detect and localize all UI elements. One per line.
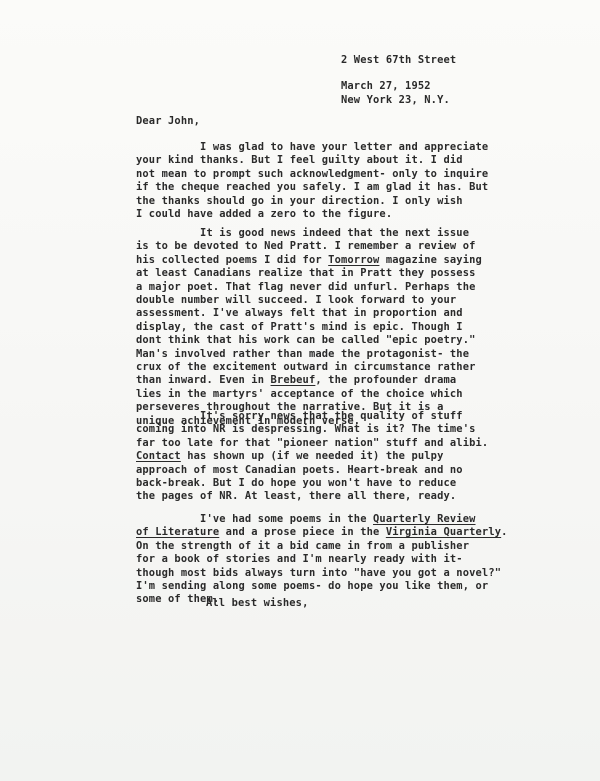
underlined-title: Tomorrow [328,254,379,266]
letter-page: 2 West 67th Street New York 23, N.Y. Mar… [0,0,600,781]
text-line: dont think that his work can be called "… [136,334,482,347]
text-line: Contact has shown up (if we needed it) t… [136,450,488,463]
text-line: lies in the martyrs' acceptance of the c… [136,388,482,401]
text-line: assessment. I've always felt that in pro… [136,307,482,320]
paragraph-3: It's sorry news that the quality of stuf… [136,410,488,504]
text-line: I've had some poems in the Quarterly Rev… [136,513,508,526]
address-line-2: New York 23, N.Y. [341,94,456,107]
text-line: I'm sending along some poems- do hope yo… [136,580,508,593]
text-line: is to be devoted to Ned Pratt. I remembe… [136,240,482,253]
text-line: than inward. Even in Brebeuf, the profou… [136,374,482,387]
text-line: a major poet. That flag never did unfurl… [136,281,482,294]
text-line: of Literature and a prose piece in the V… [136,526,508,539]
text-line: not mean to prompt such acknowledgment- … [136,168,488,181]
salutation: Dear John, [136,115,200,128]
text-line: Man's involved rather than made the prot… [136,348,482,361]
text-line: I was glad to have your letter and appre… [136,141,488,154]
text-line: approach of most Canadian poets. Heart-b… [136,464,488,477]
text-line: It's sorry news that the quality of stuf… [136,410,488,423]
text-line: the pages of NR. At least, there all the… [136,490,488,503]
paragraph-2: It is good news indeed that the next iss… [136,227,482,428]
text-line: the thanks should go in your direction. … [136,195,488,208]
underlined-title: Quarterly Review [373,513,476,525]
underlined-title: Brebeuf [271,374,316,386]
address-line-1: 2 West 67th Street [341,54,456,67]
text-line: at least Canadians realize that in Pratt… [136,267,482,280]
text-line: for a book of stories and I'm nearly rea… [136,553,508,566]
underlined-title: Contact [136,450,181,462]
text-line: coming into NR is despressing. What is i… [136,423,488,436]
text-line: crux of the excitement outward in circum… [136,361,482,374]
underlined-title: of Literature [136,526,219,538]
text-line: On the strength of it a bid came in from… [136,540,508,553]
text-line: though most bids always turn into "have … [136,567,508,580]
text-line: It is good news indeed that the next iss… [136,227,482,240]
text-line: far too late for that "pioneer nation" s… [136,437,488,450]
paragraph-1: I was glad to have your letter and appre… [136,141,488,221]
text-line: display, the cast of Pratt's mind is epi… [136,321,482,334]
text-line: back-break. But I do hope you won't have… [136,477,488,490]
underlined-title: Virginia Quarterly [386,526,501,538]
text-line: your kind thanks. But I feel guilty abou… [136,154,488,167]
text-line: his collected poems I did for Tomorrow m… [136,254,482,267]
closing: All best wishes, [206,597,309,610]
paragraph-4: I've had some poems in the Quarterly Rev… [136,513,508,607]
text-line: double number will succeed. I look forwa… [136,294,482,307]
text-line: some of them. [136,593,508,606]
text-line: I could have added a zero to the figure. [136,208,488,221]
text-line: if the cheque reached you safely. I am g… [136,181,488,194]
letter-date: March 27, 1952 [341,80,431,93]
